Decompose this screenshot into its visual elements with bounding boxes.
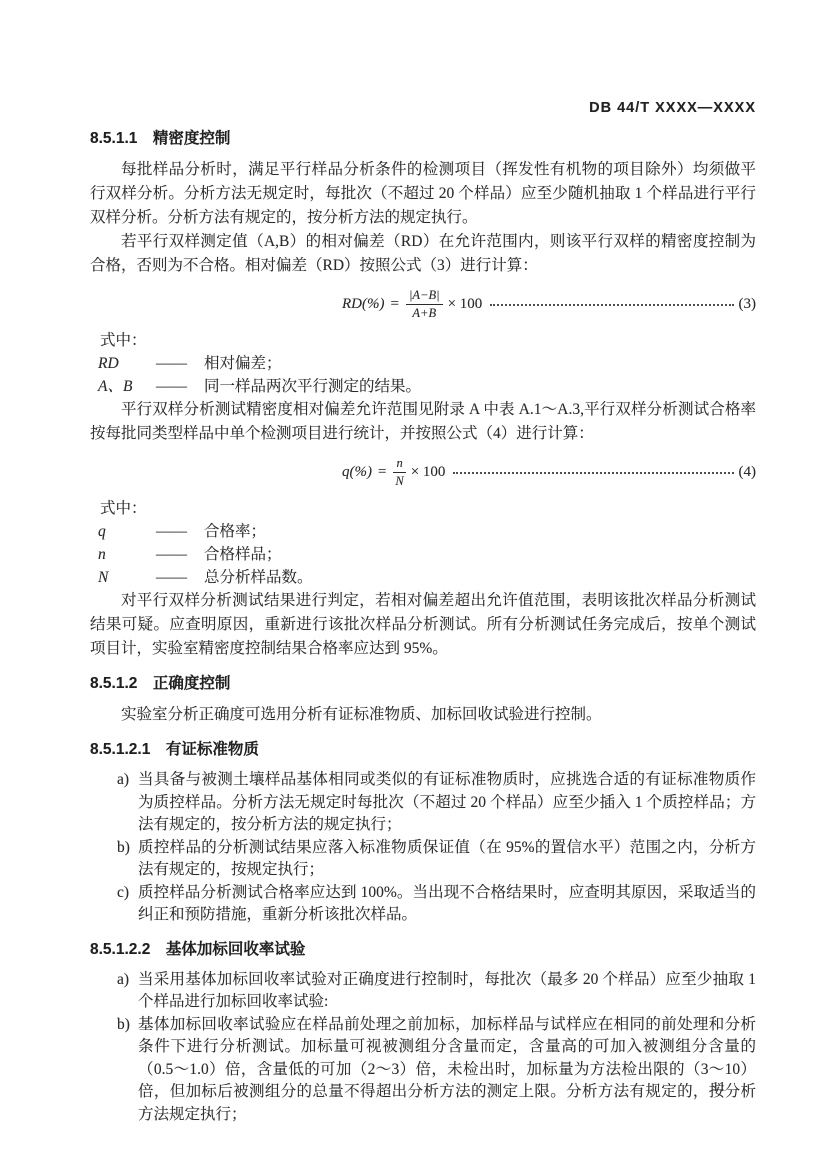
formula-variable: q (342, 464, 350, 481)
heading-8-5-1-2-1: 8.5.1.2.1 有证标准物质 (90, 740, 756, 760)
list-item: b) 基体加标回收率试验应在样品前处理之前加标，加标样品与试样应在相同的前处理和… (90, 1014, 756, 1127)
fraction-numerator: n (393, 456, 405, 473)
heading-8-5-1-2-2: 8.5.1.2.2 基体加标回收率试验 (90, 940, 756, 960)
equals-sign: = (378, 464, 386, 481)
formula-number: (3) (739, 296, 757, 313)
page-number: 11 (712, 1080, 725, 1096)
doc-code: DB 44/T XXXX—XXXX (90, 100, 756, 116)
paragraph: 对平行双样分析测试结果进行判定，若相对偏差超出允许值范围，表明该批次样品分析测试… (90, 589, 756, 661)
formula-body: RD(%) = |A−B| A+B × 100 (342, 288, 482, 321)
list-marker: b) (90, 1014, 138, 1127)
formula-3: RD(%) = |A−B| A+B × 100 (3) (90, 285, 756, 323)
definition-text: 相对偏差； (204, 352, 756, 375)
definition-dash: —— (156, 352, 204, 375)
list-marker: a) (90, 969, 138, 1014)
list-item: c) 质控样品分析测试合格率应达到 100%。当出现不合格结果时，应查明其原因，… (90, 882, 756, 927)
paragraph: 若平行双样测定值（A,B）的相对偏差（RD）在允许范围内，则该平行双样的精密度控… (90, 230, 756, 278)
list-item: b) 质控样品的分析测试结果应落入标准物质保证值（在 95%的置信水平）范围之内… (90, 837, 756, 882)
formula-variable: RD (342, 296, 362, 313)
definition-term: A、B (98, 375, 156, 398)
list-text: 基体加标回收率试验应在样品前处理之前加标，加标样品与试样应在相同的前处理和分析条… (138, 1014, 756, 1127)
definition-row: N —— 总分析样品数。 (90, 566, 756, 589)
definition-row: RD —— 相对偏差； (90, 352, 756, 375)
where-label: 式中： (90, 329, 756, 352)
fraction-denominator: A+B (412, 305, 436, 321)
where-label: 式中： (90, 497, 756, 520)
definition-dash: —— (156, 375, 204, 398)
list-text: 质控样品分析测试合格率应达到 100%。当出现不合格结果时，应查明其原因，采取适… (138, 882, 756, 927)
paragraph: 实验室分析正确度可选用分析有证标准物质、加标回收试验进行控制。 (90, 703, 756, 727)
definition-dash: —— (156, 520, 204, 543)
dotted-leader (490, 304, 733, 306)
fraction-denominator: N (395, 473, 403, 489)
formula-percent: (%) (350, 464, 373, 481)
list-text: 质控样品的分析测试结果应落入标准物质保证值（在 95%的置信水平）范围之内，分析… (138, 837, 756, 882)
heading-8-5-1-1: 8.5.1.1 精密度控制 (90, 129, 756, 149)
definition-text: 同一样品两次平行测定的结果。 (204, 375, 756, 398)
list-item: a) 当采用基体加标回收率试验对正确度进行控制时，每批次（最多 20 个样品）应… (90, 969, 756, 1014)
heading-8-5-1-2: 8.5.1.2 正确度控制 (90, 674, 756, 694)
definition-dash: —— (156, 566, 204, 589)
lettered-list: a) 当采用基体加标回收率试验对正确度进行控制时，每批次（最多 20 个样品）应… (90, 969, 756, 1127)
fraction: |A−B| A+B (406, 288, 443, 321)
page-content: DB 44/T XXXX—XXXX 8.5.1.1 精密度控制 每批样品分析时，… (90, 100, 756, 1126)
formula-percent: (%) (362, 296, 385, 313)
list-marker: a) (90, 769, 138, 837)
equals-sign: = (391, 296, 399, 313)
times-100: × 100 (448, 296, 483, 313)
paragraph: 每批样品分析时，满足平行样品分析条件的检测项目（挥发性有机物的项目除外）均须做平… (90, 158, 756, 230)
list-marker: c) (90, 882, 138, 927)
paragraph: 平行双样分析测试精密度相对偏差允许范围见附录 A 中表 A.1～A.3,平行双样… (90, 398, 756, 446)
definition-text: 总分析样品数。 (204, 566, 756, 589)
definition-text: 合格样品； (204, 543, 756, 566)
fraction: n N (393, 456, 405, 489)
list-text: 当采用基体加标回收率试验对正确度进行控制时，每批次（最多 20 个样品）应至少抽… (138, 969, 756, 1014)
definition-term: q (98, 520, 156, 543)
formula-number: (4) (739, 464, 757, 481)
list-item: a) 当具备与被测土壤样品基体相同或类似的有证标准物质时，应挑选合适的有证标准物… (90, 769, 756, 837)
formula-body: q(%) = n N × 100 (342, 456, 445, 489)
definition-row: q —— 合格率； (90, 520, 756, 543)
list-marker: b) (90, 837, 138, 882)
fraction-numerator: |A−B| (406, 288, 443, 305)
dotted-leader (453, 472, 733, 474)
definition-term: RD (98, 352, 156, 375)
definition-row: n —— 合格样品； (90, 543, 756, 566)
definition-term: N (98, 566, 156, 589)
formula-4: q(%) = n N × 100 (4) (90, 453, 756, 491)
document-page: DB 44/T XXXX—XXXX 8.5.1.1 精密度控制 每批样品分析时，… (0, 0, 826, 1169)
definition-text: 合格率； (204, 520, 756, 543)
lettered-list: a) 当具备与被测土壤样品基体相同或类似的有证标准物质时，应挑选合适的有证标准物… (90, 769, 756, 927)
definition-dash: —— (156, 543, 204, 566)
times-100: × 100 (411, 464, 446, 481)
definition-row: A、B —— 同一样品两次平行测定的结果。 (90, 375, 756, 398)
definition-term: n (98, 543, 156, 566)
list-text: 当具备与被测土壤样品基体相同或类似的有证标准物质时，应挑选合适的有证标准物质作为… (138, 769, 756, 837)
